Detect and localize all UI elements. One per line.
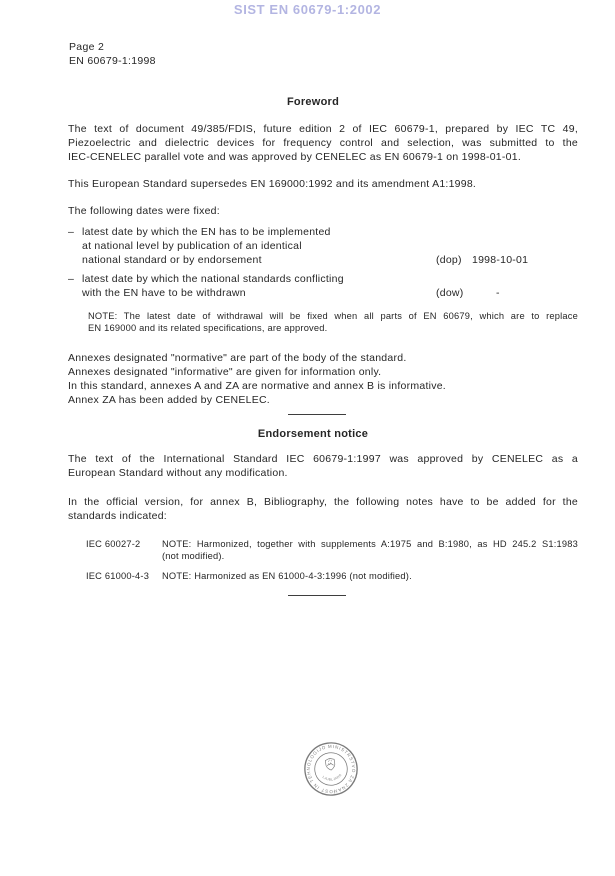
date-item-text: latest date by which the national standa… [82, 272, 344, 300]
standard-note-row: IEC 61000-4-3 NOTE: Harmonized as EN 610… [86, 570, 578, 582]
date-line: national standard or by endorsement [82, 254, 262, 266]
paragraph-line: The text of document 49/385/FDIS, future… [68, 122, 578, 136]
standard-note-row: IEC 60027-2 NOTE: Harmonized, together w… [86, 538, 578, 562]
standard-note-text: NOTE: Harmonized, together with suppleme… [162, 538, 578, 562]
list-dash: – [68, 272, 82, 300]
date-value-dow: - [496, 286, 500, 300]
date-item-dop: – latest date by which the EN has to be … [68, 225, 578, 267]
endorsement-title: Endorsement notice [58, 427, 568, 441]
section-divider [288, 595, 346, 596]
paragraph-line: European Standard without any modificati… [68, 466, 578, 480]
date-item-dow: – latest date by which the national stan… [68, 272, 578, 300]
fixed-dates-list: – latest date by which the EN has to be … [68, 225, 578, 300]
paragraph-line: standards indicated: [68, 509, 578, 523]
standard-ref: IEC 61000-4-3 [86, 570, 162, 582]
document-body: Foreword The text of document 49/385/FDI… [68, 93, 578, 596]
stamp-ring-text: MINISTRSTVO ZA ZNANOST IN TEHNOLOGIJO [303, 741, 360, 798]
paragraph-line: In the official version, for annex B, Bi… [68, 495, 578, 509]
section-divider [288, 414, 346, 415]
foreword-paragraph-3: The following dates were fixed: [68, 204, 578, 218]
foreword-title: Foreword [58, 95, 568, 109]
page-number: Page 2 [69, 40, 156, 54]
paragraph-line: IEC-CENELEC parallel vote and was approv… [68, 150, 578, 164]
page-header: Page 2 EN 60679-1:1998 [69, 40, 156, 68]
note-line: NOTE: Harmonized, together with suppleme… [162, 538, 578, 550]
note-line: (not modified). [162, 550, 578, 562]
date-line: latest date by which the national standa… [82, 273, 344, 285]
standard-note-text: NOTE: Harmonized as EN 61000-4-3:1996 (n… [162, 570, 578, 582]
watermark-standard-id: SIST EN 60679-1:2002 [0, 2, 615, 17]
annex-line: Annexes designated "normative" are part … [68, 351, 578, 365]
paragraph-line: Piezoelectric and dielectric devices for… [68, 136, 578, 150]
annex-line: Annex ZA has been added by CENELEC. [68, 393, 578, 407]
stamp-inner-ring [313, 751, 350, 788]
annex-line: Annexes designated "informative" are giv… [68, 365, 578, 379]
coat-of-arms-icon [325, 758, 335, 771]
date-item-text: latest date by which the EN has to be im… [82, 225, 331, 267]
withdrawal-note: NOTE: The latest date of withdrawal will… [88, 310, 578, 334]
note-line: NOTE: The latest date of withdrawal will… [88, 310, 578, 322]
list-dash: – [68, 225, 82, 267]
standard-ref: IEC 60027-2 [86, 538, 162, 562]
official-stamp-seal-icon: MINISTRSTVO ZA ZNANOST IN TEHNOLOGIJO LJ… [298, 736, 364, 802]
date-value-dop: 1998-10-01 [472, 253, 528, 267]
note-line: NOTE: Harmonized as EN 61000-4-3:1996 (n… [162, 570, 578, 582]
date-line: at national level by publication of an i… [82, 240, 302, 252]
foreword-paragraph-1: The text of document 49/385/FDIS, future… [68, 122, 578, 164]
date-line: with the EN have to be withdrawn [82, 287, 246, 299]
document-page: { "page": { "watermark": "SIST EN 60679-… [0, 0, 615, 876]
standard-reference: EN 60679-1:1998 [69, 54, 156, 68]
date-line: latest date by which the EN has to be im… [82, 226, 331, 238]
endorsement-paragraph-2: In the official version, for annex B, Bi… [68, 495, 578, 523]
annex-statements: Annexes designated "normative" are part … [68, 351, 578, 407]
stamp-center-text: LJUBLJANA [321, 772, 343, 783]
endorsement-paragraph-1: The text of the International Standard I… [68, 452, 578, 480]
date-abbr-dow: (dow) [436, 286, 464, 300]
foreword-paragraph-2: This European Standard supersedes EN 169… [68, 177, 578, 191]
date-abbr-dop: (dop) [436, 253, 462, 267]
standards-notes-list: IEC 60027-2 NOTE: Harmonized, together w… [68, 538, 578, 582]
note-line: EN 169000 and its related specifications… [88, 322, 578, 334]
paragraph-line: The text of the International Standard I… [68, 452, 578, 466]
annex-line: In this standard, annexes A and ZA are n… [68, 379, 578, 393]
